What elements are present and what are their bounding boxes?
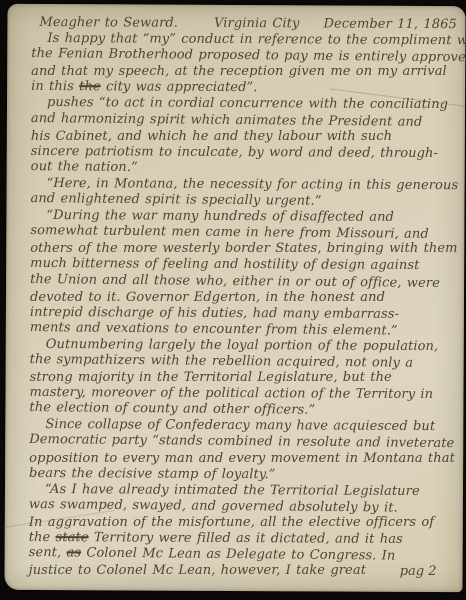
text-segment: the Union and all those who, either in o…	[30, 272, 440, 291]
paragraph: Is happy that “my” conduct in reference …	[31, 31, 453, 98]
text-segment: the	[29, 530, 56, 545]
text-segment: and that my speech, at the reception giv…	[31, 64, 447, 79]
text-segment: “During the war many hundreds of disaffe…	[46, 208, 394, 225]
handwritten-line: In aggravation of the misfortune, all th…	[29, 515, 451, 531]
handwritten-line: strong majority in the Territorial Legis…	[30, 370, 452, 386]
text-segment: strong majority in the Territorial Legis…	[30, 370, 392, 385]
text-segment: “As I have already intimated the Territo…	[45, 482, 420, 499]
text-segment: others of the more westerly border State…	[30, 241, 457, 256]
text-segment: intrepid discharge of his duties, had ma…	[30, 305, 399, 322]
handwritten-line: and that my speech, at the reception giv…	[31, 64, 453, 80]
text-segment: out the nation.”	[31, 159, 138, 175]
text-segment: and harmonizing spirit which animates th…	[31, 111, 423, 130]
text-segment: pushes “to act in cordial concurrence wi…	[47, 95, 448, 112]
handwritten-line: Democratic party “stands combined in res…	[29, 432, 451, 452]
text-segment: city was appreciated”.	[101, 80, 258, 96]
text-segment: Territory were filled as it dictated, an…	[89, 530, 403, 547]
paragraph: “During the war many hundreds of disaffe…	[30, 208, 453, 339]
text-segment: Democratic party “stands combined in res…	[29, 432, 454, 451]
text-segment: was swamped, swayed, and governed absolu…	[29, 497, 398, 516]
text-segment: sincere patriotism to inculcate, by word…	[31, 144, 438, 161]
text-segment: sent,	[29, 545, 67, 560]
text-segment: the election of county and other officer…	[29, 400, 315, 418]
handwritten-line: devoted to it. Governor Edgerton, in the…	[30, 290, 452, 306]
text-segment: bears the decisive stamp of loyalty.”	[29, 466, 275, 482]
page-number: pag 2	[400, 564, 437, 579]
struck-word: as	[66, 545, 81, 560]
text-segment: devoted to it. Governor Edgerton, in the…	[30, 290, 385, 305]
text-segment: In aggravation of the misfortune, all th…	[29, 515, 434, 530]
letter-body: Is happy that “my” conduct in reference …	[29, 31, 454, 580]
text-segment: the Fenian Brotherhood proposed to pay m…	[31, 46, 466, 65]
text-segment: his Cabinet, and which he and they labou…	[31, 129, 392, 144]
text-segment: justice to Colonel Mc Lean, however, I t…	[29, 563, 366, 578]
handwritten-line: the Union and all those who, either in o…	[30, 272, 452, 292]
paragraph: pushes “to act in cordial concurrence wi…	[31, 95, 453, 178]
date-label: December 11, 1865	[323, 16, 456, 33]
struck-word: the	[79, 80, 101, 95]
paragraph: Since collapse of Confederacy many have …	[29, 417, 451, 484]
struck-word: state	[56, 530, 89, 545]
text-segment: Colonel Mc Lean as Delegate to Congress.…	[81, 546, 395, 564]
photo-background: Meagher to Seward. Virginia City Decembe…	[0, 0, 466, 600]
handwritten-line: justice to Colonel Mc Lean, however, I t…	[29, 563, 451, 579]
text-segment: and enlightened spirit is specially urge…	[30, 191, 321, 209]
paragraph: Outnumbering largely the loyal portion o…	[29, 337, 451, 420]
handwritten-line: opposition to every man and every moveme…	[29, 451, 451, 467]
text-segment: the sympathizers with the rebellion acqu…	[30, 352, 414, 371]
text-segment: opposition to every man and every moveme…	[29, 451, 455, 466]
place-label: Virginia City	[214, 16, 299, 33]
handwritten-line: others of the more westerly border State…	[30, 241, 452, 257]
letter-content: Meagher to Seward. Virginia City Decembe…	[4, 4, 465, 592]
text-segment: somewhat turbulent men came in here from…	[30, 223, 429, 242]
correspondents-label: Meagher to Seward.	[39, 15, 178, 32]
paragraph: “Here, in Montana, the necessity for act…	[30, 176, 452, 210]
text-segment: in this	[31, 79, 79, 94]
paragraph: “As I have already intimated the Territo…	[29, 482, 451, 581]
handwritten-line: and harmonizing spirit which animates th…	[31, 111, 453, 131]
handwritten-line: was swamped, swayed, and governed absolu…	[29, 497, 451, 517]
handwritten-line: his Cabinet, and which he and they labou…	[31, 129, 453, 145]
text-segment: much bitterness of feeling and hostility…	[30, 256, 419, 273]
letter-paper: Meagher to Seward. Virginia City Decembe…	[4, 4, 465, 592]
text-segment: ments and vexations to encounter from th…	[30, 320, 398, 339]
